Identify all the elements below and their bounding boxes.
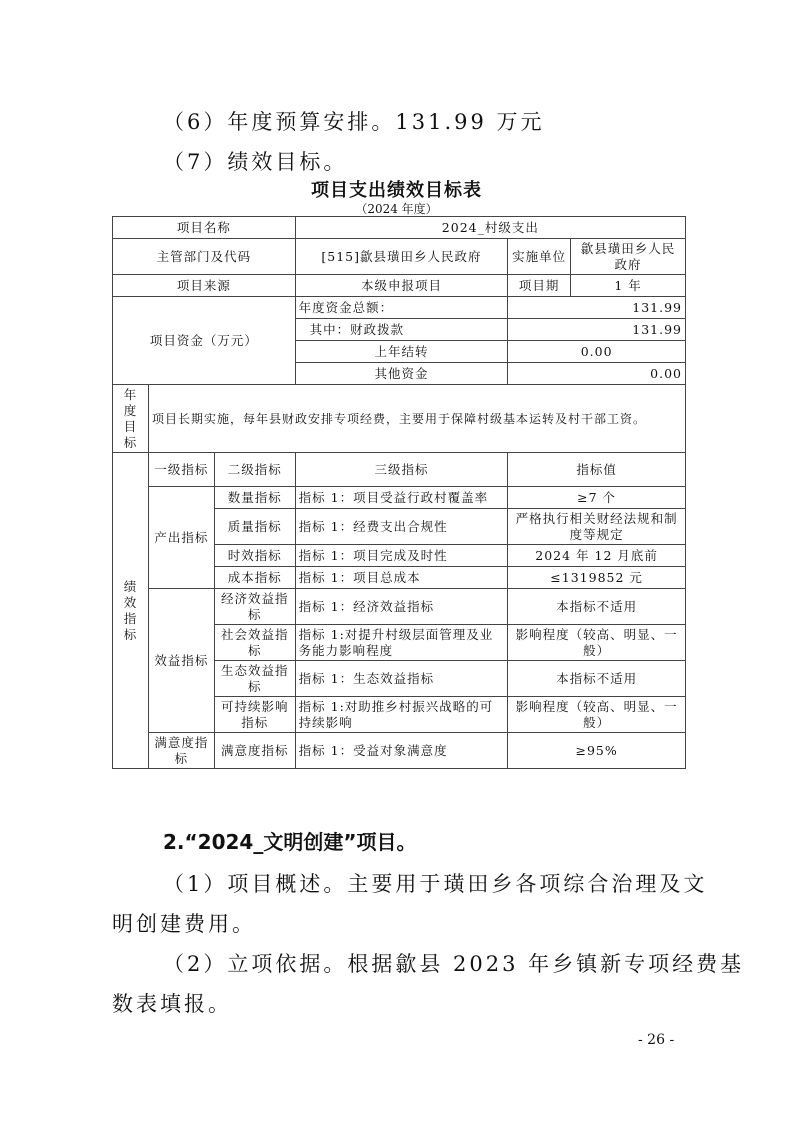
- annual-goal-label: 年度目标: [113, 385, 149, 453]
- level3: 指标 1：项目受益行政村覆盖率: [295, 487, 508, 509]
- level3: 指标 1：受益对象满意度: [295, 733, 508, 769]
- value: ≤1319852 元: [508, 567, 686, 589]
- header-level3: 三级指标: [295, 453, 508, 487]
- paragraph-basis-cont: 数表填报。: [112, 988, 232, 1018]
- value: 本指标不适用: [508, 661, 686, 697]
- level2: 生态效益指标: [214, 661, 295, 697]
- section-heading: 2.“2024_文明创建”项目。: [163, 826, 416, 855]
- funds-other: 0.00: [508, 363, 686, 385]
- level2: 可持续影响指标: [214, 697, 295, 733]
- performance-table: 项目名称 2024_村级支出 主管部门及代码 [515]歙县璜田乡人民政府 实施…: [112, 216, 686, 769]
- paragraph-overview-cont: 明创建费用。: [112, 908, 256, 938]
- table-subtitle: （2024 年度）: [0, 200, 793, 217]
- funds-total: 131.99: [508, 297, 686, 319]
- level1-benefit: 效益指标: [148, 589, 214, 733]
- page-number: - 26 -: [638, 1032, 674, 1048]
- dept: [515]歙县璜田乡人民政府: [295, 239, 508, 275]
- level3: 指标 1：项目完成及时性: [295, 545, 508, 567]
- level2: 经济效益指标: [214, 589, 295, 625]
- header-level1: 一级指标: [148, 453, 214, 487]
- impl-unit: 歙县璜田乡人民政府: [571, 239, 686, 275]
- header-value: 指标值: [508, 453, 686, 487]
- project-name-label: 项目名称: [113, 217, 296, 239]
- funds-fiscal-label: 其中：财政拨款: [295, 319, 508, 341]
- funds-other-label: 其他资金: [295, 363, 508, 385]
- level3: 指标 1：经济效益指标: [295, 589, 508, 625]
- value: ≥95%: [508, 733, 686, 769]
- paragraph-goals: （7）绩效目标。: [163, 146, 347, 176]
- value: 本指标不适用: [508, 589, 686, 625]
- level3: 指标 1:对提升村级层面管理及业务能力影响程度: [295, 625, 508, 661]
- level3: 指标 1:对助推乡村振兴战略的可持续影响: [295, 697, 508, 733]
- period: 1 年: [571, 275, 686, 297]
- level2: 时效指标: [214, 545, 295, 567]
- level2: 社会效益指标: [214, 625, 295, 661]
- paragraph-budget: （6）年度预算安排。131.99 万元: [163, 106, 545, 136]
- period-label: 项目期: [508, 275, 571, 297]
- value: 影响程度（较高、明显、一般）: [508, 697, 686, 733]
- level2: 质量指标: [214, 509, 295, 545]
- impl-unit-label: 实施单位: [508, 239, 571, 275]
- header-level2: 二级指标: [214, 453, 295, 487]
- project-name: 2024_村级支出: [295, 217, 685, 239]
- funds-fiscal: 131.99: [508, 319, 686, 341]
- table-title: 项目支出绩效目标表: [0, 176, 793, 202]
- value: ≥7 个: [508, 487, 686, 509]
- annual-goal: 项目长期实施，每年县财政安排专项经费，主要用于保障村级基本运转及村干部工资。: [148, 385, 685, 453]
- level3: 指标 1：生态效益指标: [295, 661, 508, 697]
- paragraph-overview: （1）项目概述。主要用于璜田乡各项综合治理及文: [163, 868, 707, 898]
- value: 影响程度（较高、明显、一般）: [508, 625, 686, 661]
- source-label: 项目来源: [113, 275, 296, 297]
- level3: 指标 1：项目总成本: [295, 567, 508, 589]
- funds-carryover-label: 上年结转: [295, 341, 508, 363]
- level2: 成本指标: [214, 567, 295, 589]
- level1-satisfaction: 满意度指标: [148, 733, 214, 769]
- level3: 指标 1：经费支出合规性: [295, 509, 508, 545]
- dept-label: 主管部门及代码: [113, 239, 296, 275]
- funds-label: 项目资金（万元）: [113, 297, 296, 385]
- level2: 满意度指标: [214, 733, 295, 769]
- value: 2024 年 12 月底前: [508, 545, 686, 567]
- perf-label: 绩效指标: [113, 453, 149, 769]
- value: 严格执行相关财经法规和制度等规定: [508, 509, 686, 545]
- paragraph-basis: （2）立项依据。根据歙县 2023 年乡镇新专项经费基: [163, 948, 744, 978]
- level2: 数量指标: [214, 487, 295, 509]
- funds-total-label: 年度资金总额：: [295, 297, 508, 319]
- funds-carryover: 0.00: [508, 341, 686, 363]
- source: 本级申报项目: [295, 275, 508, 297]
- level1-output: 产出指标: [148, 487, 214, 589]
